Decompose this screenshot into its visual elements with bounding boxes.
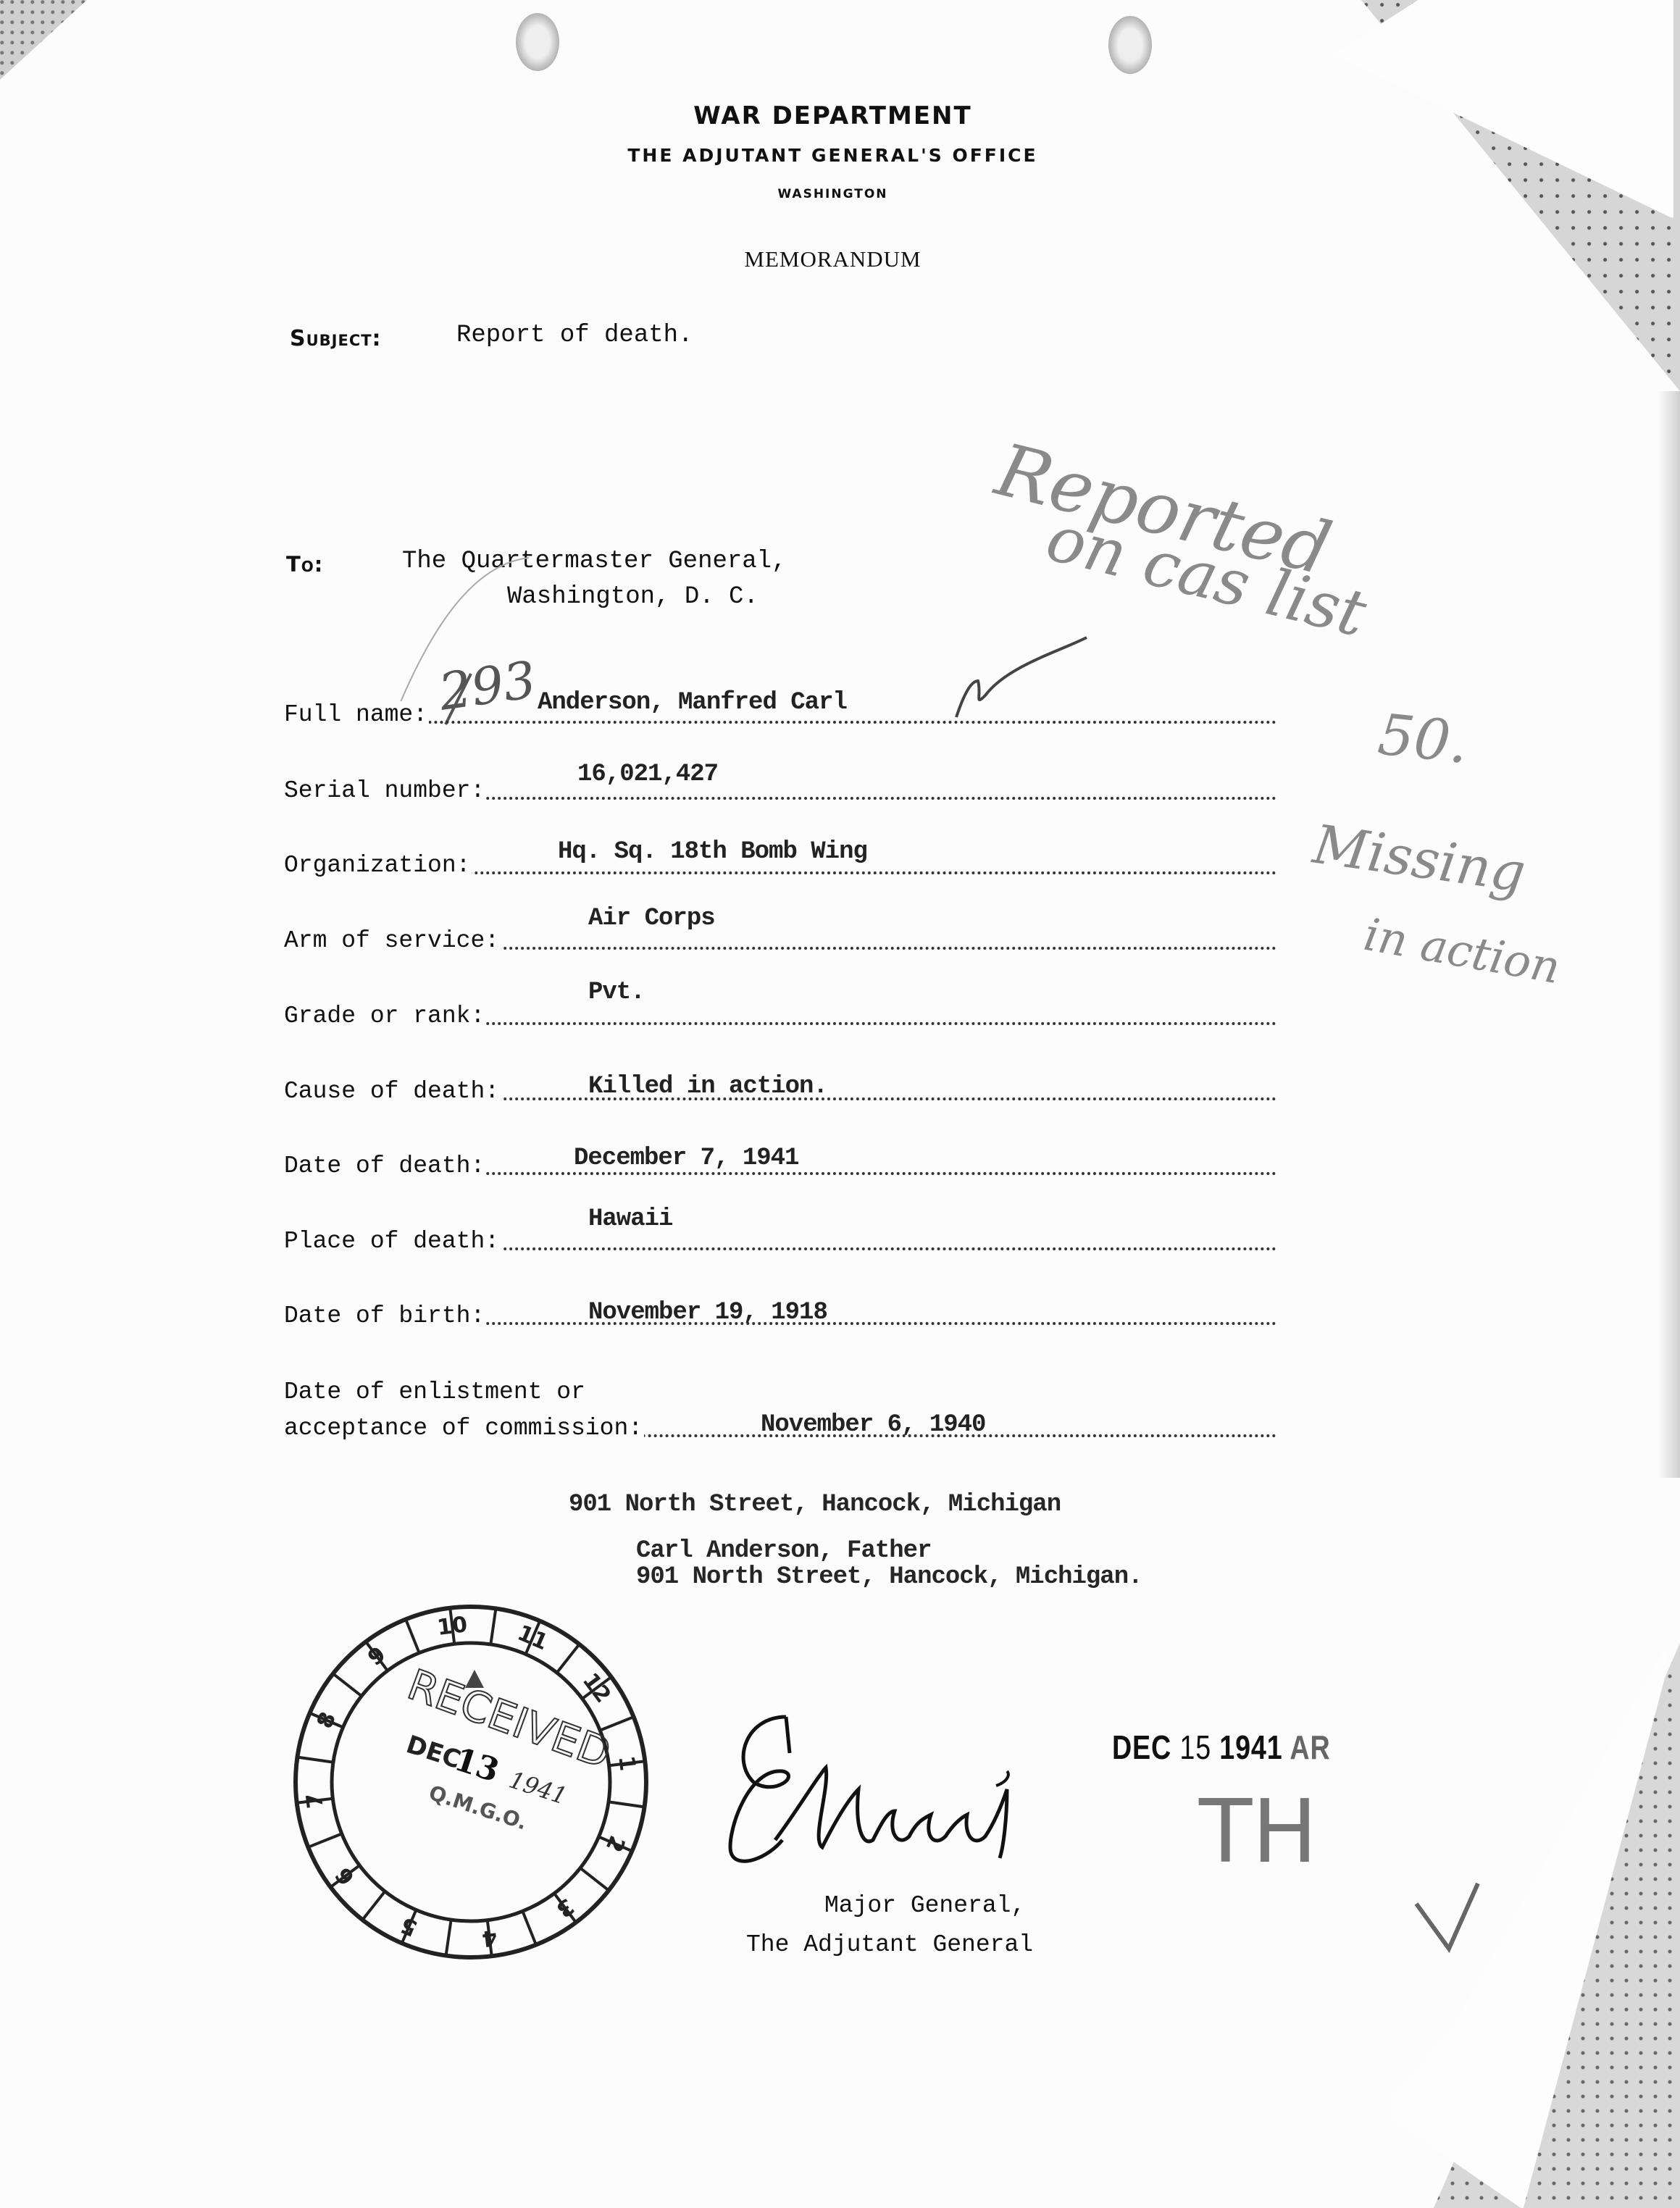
field-label: Cause of death: [284,1078,501,1105]
svg-text:1941: 1941 [506,1765,570,1810]
to-label: To: [286,552,323,577]
date-stamp-year: 1941 [1219,1728,1282,1766]
scan-edge-right [1658,391,1680,1478]
letterhead-office: THE ADJUTANT GENERAL'S OFFICE [0,145,1673,166]
field-arm-of-service: Arm of service: Air Corps [284,911,1276,954]
field-cause-of-death: Cause of death: Killed in action. [284,1061,1276,1105]
subject-label: Subject: [290,326,382,351]
signature [717,1702,1166,1876]
to-recipient: The Quartermaster General, [402,548,787,575]
field-label: Serial number: [284,777,486,804]
svg-text:3: 3 [551,1893,579,1923]
letterhead-department: WAR DEPARTMENT [0,101,1673,130]
document-type: MEMORANDUM [0,246,1673,272]
to-recipient-location: Washington, D. C. [507,583,758,611]
signature-icon [717,1702,1166,1876]
soldier-address: 901 North Street, Hancock, Michigan [569,1491,1061,1518]
field-value: Killed in action. [588,1073,827,1100]
field-label: Organization: [284,852,472,879]
field-organization: Organization: Hq. Sq. 18th Bomb Wing [284,835,1276,879]
punch-hole-left [516,13,559,71]
field-label-line1: Date of enlistment or [284,1379,587,1405]
svg-text:9: 9 [363,1642,390,1671]
field-date-of-death: Date of death: December 7, 1941 [284,1136,1276,1179]
received-stamp: 891011121234567 RECEIVED DEC 13 1941 Q.M… [290,1601,652,1963]
svg-text:8: 8 [312,1708,341,1732]
next-of-kin-address: 901 North Street, Hancock, Michigan. [636,1563,1142,1591]
svg-text:1: 1 [613,1755,640,1773]
field-value: Hq. Sq. 18th Bomb Wing [558,838,867,866]
date-stamp-day: 15 [1179,1728,1211,1766]
field-date-of-birth: Date of birth: November 19, 1918 [284,1286,1276,1329]
dotted-line [284,721,1276,724]
next-of-kin: Carl Anderson, Father [636,1537,931,1565]
field-label: acceptance of commission: [284,1415,644,1442]
field-grade-or-rank: Grade or rank: Pvt. [284,986,1276,1029]
subject-value: Report of death. [456,322,693,349]
svg-text:6: 6 [330,1862,360,1890]
field-value: November 6, 1940 [761,1411,985,1439]
field-serial-number: Serial number: 16,021,427 [284,761,1276,804]
svg-text:7: 7 [301,1791,328,1810]
field-label: Arm of service: [284,927,501,954]
field-value: December 7, 1941 [574,1145,798,1172]
field-label: Date of birth: [284,1302,486,1329]
svg-text:4: 4 [480,1924,498,1951]
field-value: Pvt. [588,979,645,1006]
letterhead-city: WASHINGTON [0,187,1673,201]
signatory-rank: Major General, [824,1892,1025,1919]
svg-text:5: 5 [397,1912,421,1941]
field-label: Date of death: [284,1153,486,1179]
field-value: Air Corps [588,905,715,932]
field-place-of-death: Place of death: Hawaii [284,1211,1276,1255]
stamp-dial-icon: 891011121234567 RECEIVED DEC 13 1941 Q.M… [290,1601,652,1963]
field-label: Full name: [284,701,429,728]
svg-text:2: 2 [601,1832,630,1856]
punch-hole-right [1108,16,1152,74]
svg-text:10: 10 [435,1612,469,1641]
field-label: Place of death: [284,1228,501,1255]
field-value: Hawaii [588,1205,672,1233]
field-date-of-enlistment: Date of enlistment or acceptance of comm… [284,1369,1276,1442]
field-full-name: Full name: Anderson, Manfred Carl [284,685,1276,728]
signatory-title: The Adjutant General [746,1931,1033,1958]
field-label: Grade or rank: [284,1003,486,1029]
field-value: November 19, 1918 [588,1299,827,1326]
date-stamp-suffix: AR [1290,1728,1330,1766]
field-value: 16,021,427 [577,761,718,788]
field-value: Anderson, Manfred Carl [538,689,847,716]
